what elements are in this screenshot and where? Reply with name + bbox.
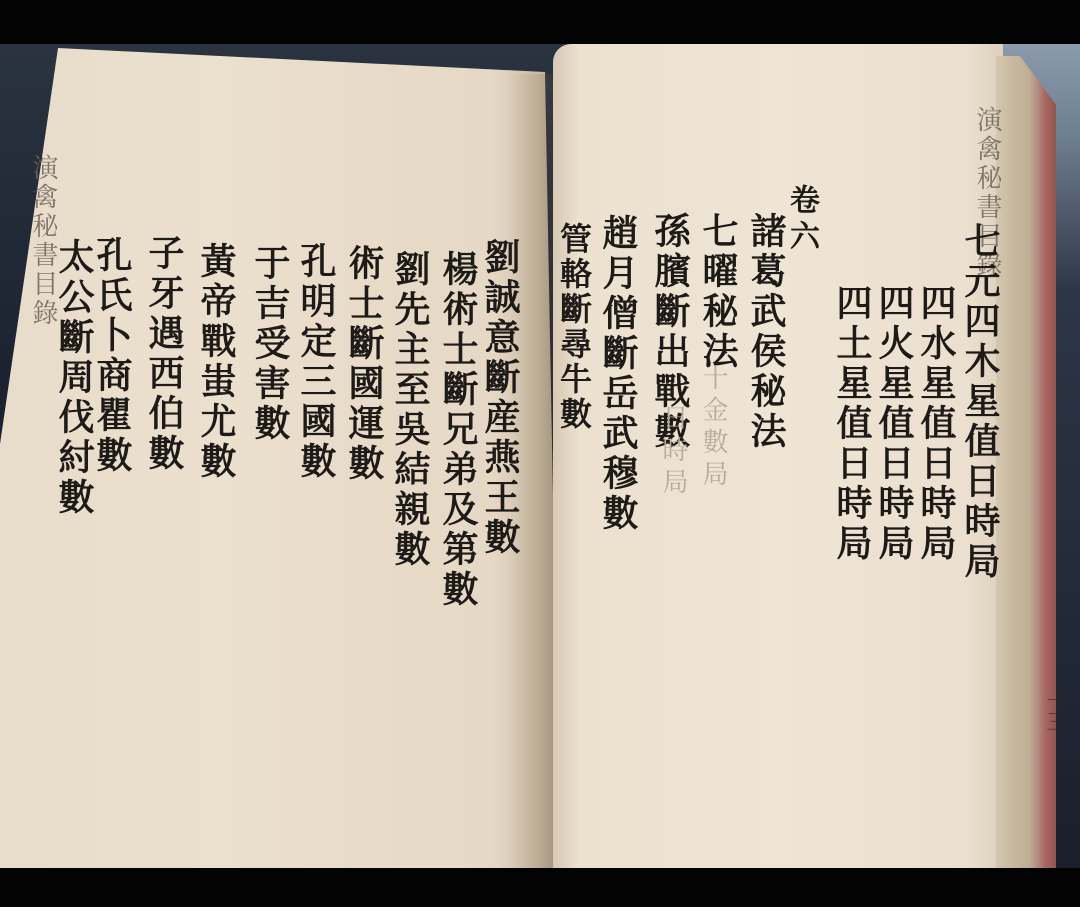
toc-entry: 子牙遇西伯數 — [146, 234, 182, 474]
toc-entry: 趙月僧斷岳武穆數 — [600, 214, 636, 534]
toc-entry: 管輅斷尋牛數 — [558, 222, 590, 432]
page-edges — [996, 56, 1056, 868]
volume-heading: 卷六 — [786, 184, 816, 256]
toc-entry: 楊術士斷兄弟及第數 — [440, 250, 476, 610]
toc-entry: 孔氏卜商瞿數 — [94, 236, 130, 476]
toc-entry: 七元四木星值日時局 — [962, 222, 998, 582]
running-title-left: 演禽秘書目錄 — [30, 154, 56, 328]
toc-entry: 四土星值日時局 — [834, 284, 870, 564]
toc-entry: 劉誠意斷産燕王數 — [482, 238, 518, 558]
toc-entry: 黃帝戰蚩尤數 — [198, 242, 234, 482]
top-black-bar — [0, 0, 1080, 44]
toc-entry: 于吉受害數 — [252, 244, 288, 444]
toc-entry: 七曜秘法 — [700, 212, 736, 372]
book-photo: 演禽秘書目錄 七元四木星值日時局 四水星值日時局 四火星值日時局 四土星值日時局… — [0, 44, 1080, 868]
toc-entry: 四水星值日時局 — [918, 284, 954, 564]
toc-entry: 太公斷周伐紂數 — [56, 238, 92, 518]
page-number: 十三 — [1040, 690, 1071, 730]
toc-entry: 劉先主至吳結親數 — [392, 250, 428, 570]
toc-entry: 術士斷國運數 — [346, 244, 382, 484]
bleed-through-text: 十金數局 — [700, 364, 726, 492]
toc-entry: 諸葛武侯秘法 — [748, 212, 784, 452]
bleed-through-text: 日時局 — [660, 404, 686, 500]
toc-entry: 孔明定三國數 — [298, 242, 334, 482]
bottom-black-bar — [0, 868, 1080, 907]
toc-entry: 四火星值日時局 — [876, 284, 912, 564]
